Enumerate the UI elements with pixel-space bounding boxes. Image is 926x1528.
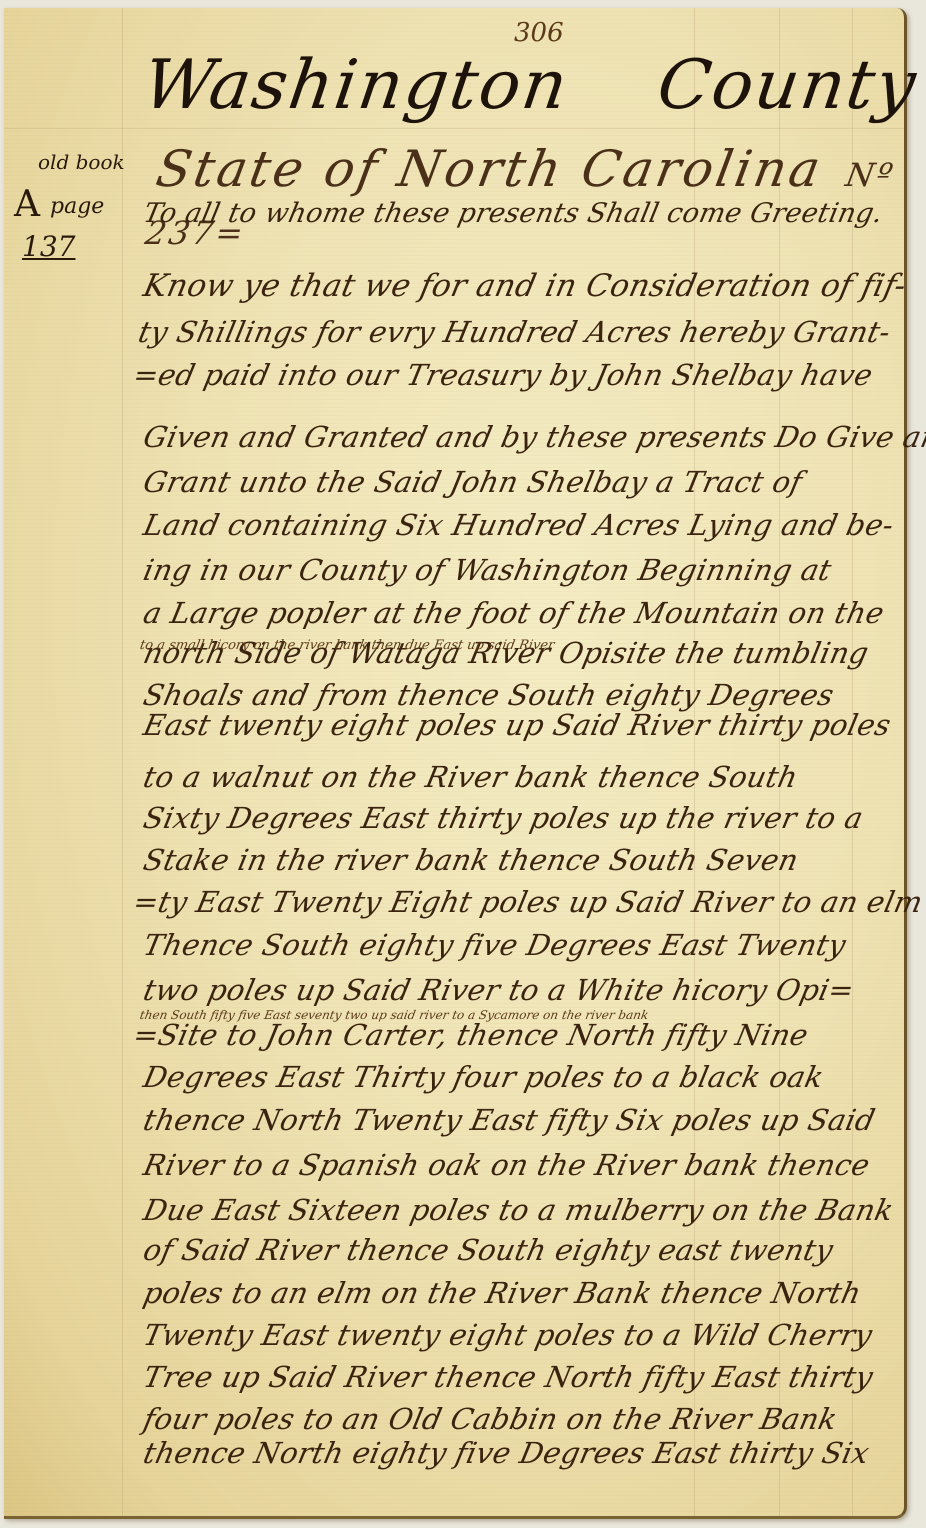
margin-note-old-book: old book: [38, 150, 125, 174]
text-line: four poles to an Old Cabbin on the River…: [140, 1402, 840, 1436]
text-line: a Large popler at the foot of the Mounta…: [140, 596, 887, 630]
text-line: thence North eighty five Degrees East th…: [140, 1436, 872, 1470]
text-line: Thence South eighty five Degrees East Tw…: [140, 928, 849, 962]
margin-note-page: page: [50, 194, 104, 219]
county-name: Washington: [138, 46, 573, 125]
county-word: County: [653, 46, 922, 125]
text-line: Grant unto the Said John Shelbay a Tract…: [140, 465, 805, 499]
text-line: ing in our County of Washington Beginnin…: [140, 553, 834, 587]
document-page: 306 WashingtonCounty old book A page 137…: [4, 8, 907, 1519]
text-line: Shoals and from thence South eighty Degr…: [140, 678, 837, 712]
margin-note-page-number: 137: [22, 230, 75, 263]
interlinear-note: to a small hicory on the river bank then…: [139, 638, 556, 653]
text-line: =ed paid into our Treasury by John Shelb…: [130, 358, 875, 392]
page-number: 306: [514, 18, 564, 48]
text-line: Twenty East twenty eight poles to a Wild…: [140, 1318, 875, 1352]
text-line: To all to whome these presents Shall com…: [141, 198, 886, 229]
text-line: Degrees East Thirty four poles to a blac…: [140, 1060, 826, 1094]
text-line: =ty East Twenty Eight poles up Said Rive…: [130, 885, 926, 919]
county-heading: WashingtonCounty: [138, 46, 922, 125]
text-line: Sixty Degrees East thirty poles up the r…: [140, 801, 866, 835]
text-line: thence North Twenty East fifty Six poles…: [140, 1103, 878, 1137]
text-line: River to a Spanish oak on the River bank…: [140, 1148, 873, 1182]
text-line: poles to an elm on the River Bank thence…: [140, 1276, 864, 1310]
text-line: =Site to John Carter, thence North fifty…: [130, 1018, 811, 1052]
text-line: to a walnut on the River bank thence Sou…: [140, 760, 801, 794]
text-line: Know ye that we for and in Consideration…: [140, 268, 909, 304]
text-line: Stake in the river bank thence South Sev…: [140, 843, 801, 877]
text-line: ty Shillings for evry Hundred Acres here…: [135, 315, 893, 349]
margin-note-letter: A: [14, 184, 40, 225]
text-line: East twenty eight poles up Said River th…: [140, 708, 894, 742]
text-line: two poles up Said River to a White hicor…: [140, 973, 857, 1007]
text-line: Given and Granted and by these presents …: [140, 420, 926, 454]
margin-rule: [122, 8, 123, 1516]
text-line: of Said River thence South eighty east t…: [140, 1233, 836, 1267]
state-name: State of North Carolina: [152, 140, 827, 198]
text-line: Land containing Six Hundred Acres Lying …: [140, 508, 897, 542]
text-line: Due East Sixteen poles to a mulberry on …: [140, 1193, 896, 1227]
text-line: Tree up Said River thence North fifty Ea…: [140, 1360, 876, 1394]
header-rule: [4, 128, 904, 129]
